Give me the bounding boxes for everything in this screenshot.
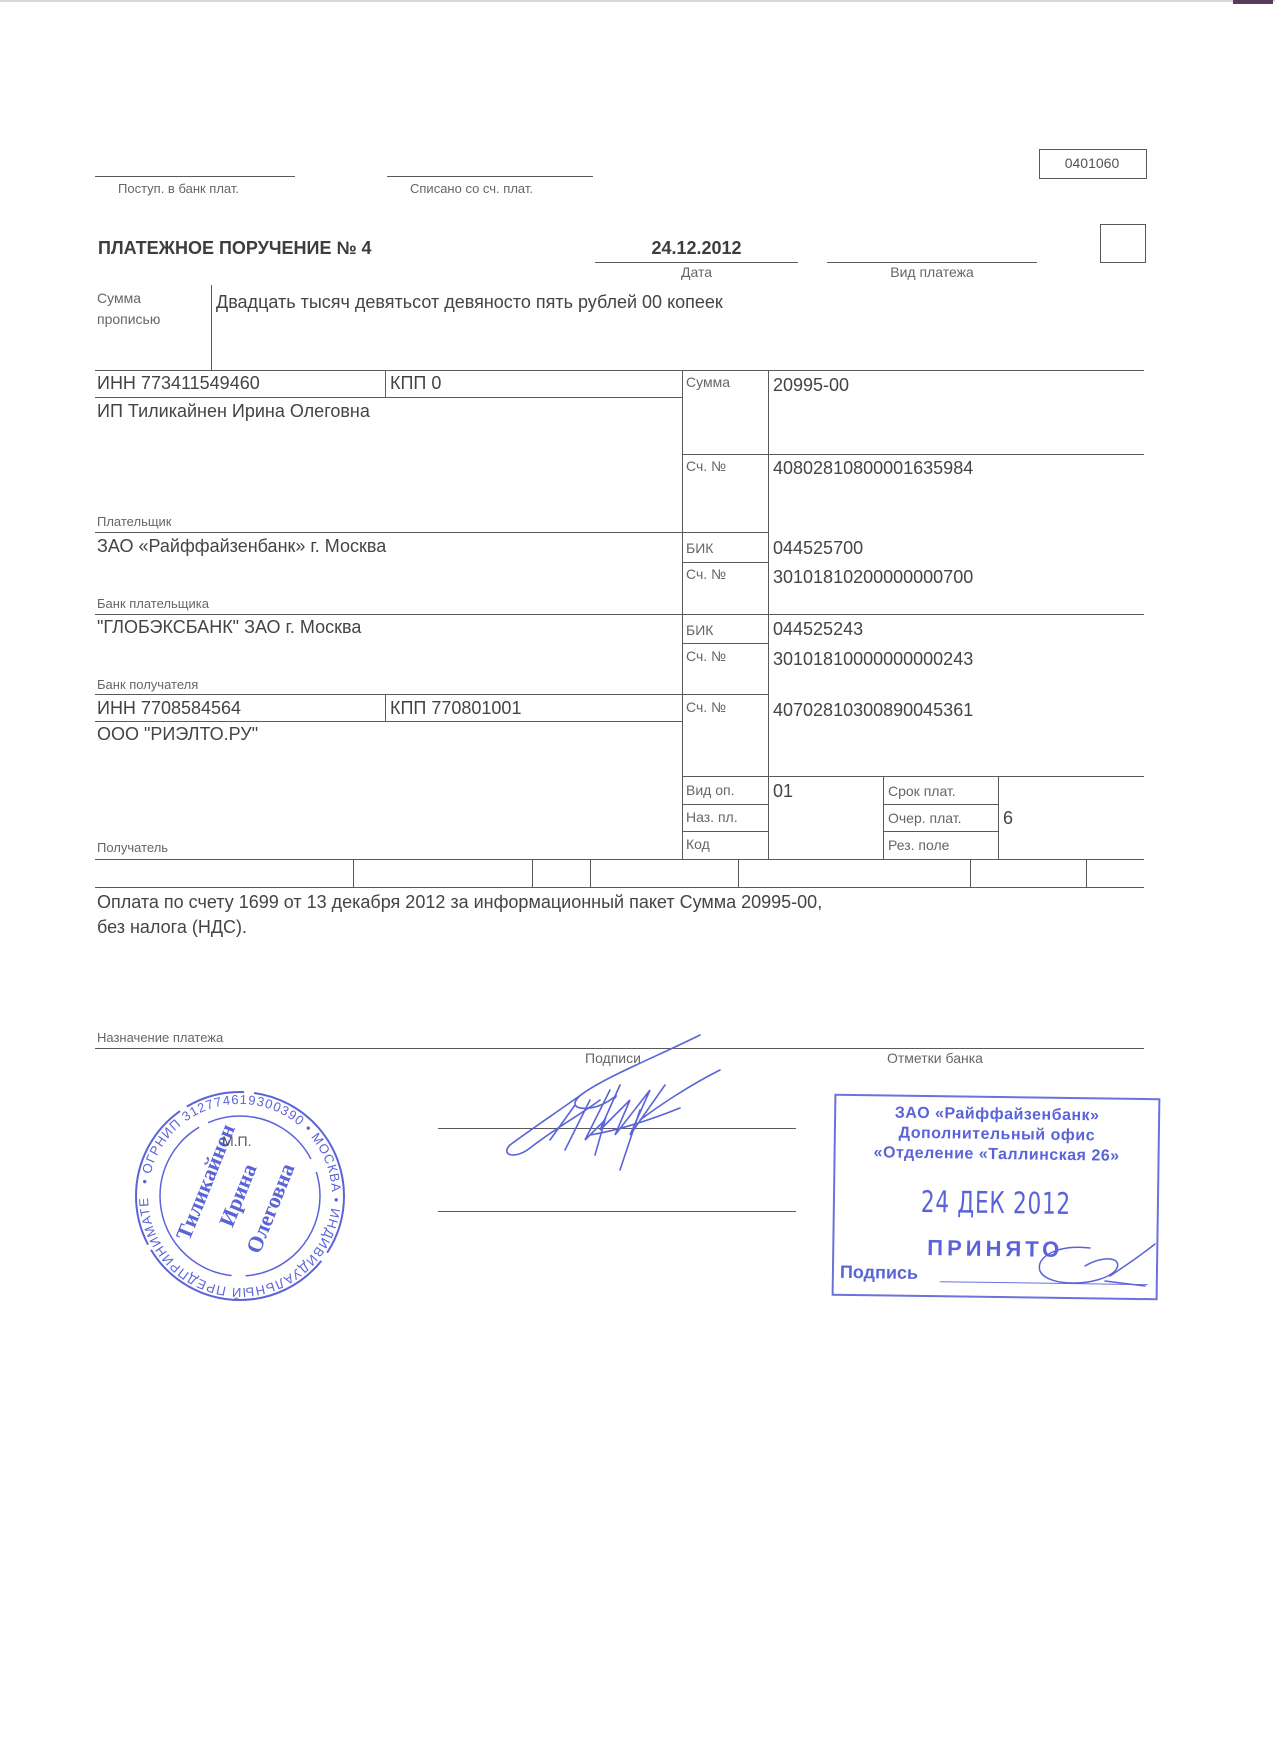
seal-mp-label: М.П. xyxy=(222,1133,252,1149)
bank-stamp-date: 24 ДЕК 2012 xyxy=(880,1184,1112,1222)
payee-bank-bik-label: БИК xyxy=(686,622,713,638)
payer-amount-label: Сумма xyxy=(686,374,730,390)
priority-bottom xyxy=(883,831,998,832)
payment-type-line xyxy=(827,262,1037,263)
amount-words-label-1: Сумма xyxy=(97,290,141,306)
strip-bottom xyxy=(95,887,1144,888)
reserve-label: Рез. поле xyxy=(888,837,949,853)
priority-label: Очер. плат. xyxy=(888,810,962,826)
amount-words-divider xyxy=(211,285,212,370)
payer-account-label: Сч. № xyxy=(686,458,726,474)
bank-officer-signature xyxy=(1020,1236,1160,1296)
payer-account-value: 40802810800001635984 xyxy=(773,458,973,479)
payee-bank-account-label: Сч. № xyxy=(686,648,726,664)
payee-name: ООО "РИЭЛТО.РУ" xyxy=(97,724,258,745)
handwritten-signature xyxy=(490,1030,740,1180)
payment-type-code-box xyxy=(1100,224,1146,263)
op-type-bottom xyxy=(682,804,768,805)
payer-name: ИП Тиликайнен Ирина Олеговна xyxy=(97,401,370,422)
received-label: Поступ. в банк плат. xyxy=(118,181,239,196)
scan-edge xyxy=(0,0,1275,2)
date-value: 24.12.2012 xyxy=(595,238,798,259)
payee-kpp: КПП 770801001 xyxy=(390,698,521,719)
bank-marks-label: Отметки банка xyxy=(887,1050,983,1066)
payer-bank-bik-bottom xyxy=(682,562,768,563)
strip-div-2 xyxy=(532,859,533,887)
bank-stamp-sign-label: Подпись xyxy=(840,1262,918,1284)
amount-words-label-2: прописью xyxy=(97,311,160,327)
payment-type-label: Вид платежа xyxy=(827,264,1037,280)
details-top xyxy=(682,776,1144,777)
payee-account-label: Сч. № xyxy=(686,699,726,715)
payee-bank-bik-value: 044525243 xyxy=(773,619,863,640)
grid-top xyxy=(95,370,1144,371)
bank-stamp-line-1: ЗАО «Райффайзенбанк» xyxy=(836,1104,1158,1126)
payee-kpp-divider xyxy=(385,694,386,721)
payee-bank-section-bottom xyxy=(95,694,768,695)
purpose-line-2: без налога (НДС). xyxy=(97,917,247,938)
op-type-label: Вид оп. xyxy=(686,782,734,798)
payee-inn-row-bottom xyxy=(95,721,682,722)
payee-bank-name: "ГЛОБЭКСБАНК" ЗАО г. Москва xyxy=(97,617,361,638)
due-bottom xyxy=(883,804,998,805)
scan-mark xyxy=(1233,0,1273,4)
date-line xyxy=(595,262,798,263)
debited-line xyxy=(387,176,593,177)
strip-div-6 xyxy=(1086,859,1087,887)
op-type-value: 01 xyxy=(773,781,793,802)
received-line xyxy=(95,176,295,177)
signature-line-2 xyxy=(438,1211,796,1212)
payer-inn-row-bottom xyxy=(95,397,682,398)
payee-inn: ИНН 7708584564 xyxy=(97,698,241,719)
priority-value: 6 xyxy=(1003,808,1013,829)
due-label: Срок плат. xyxy=(888,783,956,799)
payer-kpp: КПП 0 xyxy=(390,373,441,394)
purpose-line-1: Оплата по счету 1699 от 13 декабря 2012 … xyxy=(97,892,822,913)
code-label: Код xyxy=(686,836,710,852)
date-label: Дата xyxy=(595,264,798,280)
payee-bank-label: Банк получателя xyxy=(97,677,198,692)
payee-label: Получатель xyxy=(97,840,168,855)
form-code: 0401060 xyxy=(1039,155,1145,171)
payee-bank-bik-bottom xyxy=(682,643,768,644)
purpose-code-bottom xyxy=(682,831,768,832)
payer-bank-account-label: Сч. № xyxy=(686,566,726,582)
payer-bank-bik-label: БИК xyxy=(686,540,713,556)
payer-bank-name: ЗАО «Райффайзенбанк» г. Москва xyxy=(97,536,386,557)
amount-row-bottom xyxy=(682,454,1144,455)
due-col-divider xyxy=(883,776,884,859)
payer-bank-label: Банк плательщика xyxy=(97,596,209,611)
payer-label: Плательщик xyxy=(97,514,171,529)
strip-div-5 xyxy=(970,859,971,887)
strip-top xyxy=(95,859,1144,860)
payer-bank-bik-value: 044525700 xyxy=(773,538,863,559)
payer-amount-value: 20995-00 xyxy=(773,375,849,396)
payer-inn: ИНН 773411549460 xyxy=(97,373,260,394)
company-seal: • ОГРНИП 312774619300390 • МОСКВА • ИНДИ… xyxy=(130,1086,350,1306)
payee-account-value: 40702810300890045361 xyxy=(773,700,973,721)
strip-div-1 xyxy=(353,859,354,887)
document-title: ПЛАТЕЖНОЕ ПОРУЧЕНИЕ № 4 xyxy=(98,238,372,259)
strip-div-3 xyxy=(590,859,591,887)
payer-kpp-divider xyxy=(385,370,386,397)
strip-div-4 xyxy=(738,859,739,887)
purpose-code-label: Наз. пл. xyxy=(686,809,738,825)
payer-bank-account-value: 30101810200000000700 xyxy=(773,567,973,588)
payee-bank-account-value: 30101810000000000243 xyxy=(773,649,973,670)
payer-section-bottom xyxy=(95,532,768,533)
due-value-divider xyxy=(998,776,999,859)
bank-stamp-line-3: «Отделение «Таллинская 26» xyxy=(835,1144,1157,1166)
debited-label: Списано со сч. плат. xyxy=(410,181,533,196)
bank-stamp-line-2: Дополнительный офис xyxy=(836,1124,1158,1146)
purpose-label: Назначение платежа xyxy=(97,1030,223,1045)
amount-words-value: Двадцать тысяч девятьсот девяносто пять … xyxy=(216,292,723,313)
payer-bank-section-bottom xyxy=(95,614,1144,615)
